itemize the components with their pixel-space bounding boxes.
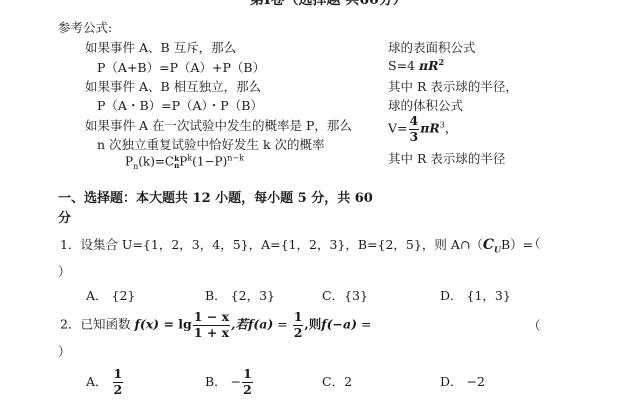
question-stem: 已知函数 [80,317,134,332]
q2-option-d[interactable]: D． −2 [440,376,485,389]
answer-paren-open: （ [528,238,541,251]
binomial-intro: 如果事件 A 在一次试验中发生的概率是 P，那么 [85,120,352,133]
radius-note-1: 其中 R 表示球的半径， [388,81,518,94]
sphere-volume-label: 球的体积公式 [388,100,463,113]
answer-paren-close: ） [58,346,71,359]
indep-intro: 如果事件 A、B 相互独立，那么 [85,81,261,94]
half-fraction: 12 [293,311,304,339]
section-heading: 一、选择题：本大题共 12 小题，每小题 5 分，共 60 [58,192,373,205]
q1-option-b[interactable]: B． {2，3} [205,290,275,303]
binomial-formula: Pn(k)=CknPk(1−P)n−k [125,155,244,169]
answer-paren-open: （ [528,320,541,333]
binomial-rest: (1−P) [192,155,227,169]
binomial-intro-2: n 次独立重复试验中恰好发生 k 次的概率 [97,139,325,152]
section-heading-cont: 分 [58,212,71,225]
question-number: 2． [60,317,80,332]
q2-option-b[interactable]: B． −12 [205,368,254,396]
question-stem: 设集合 U={1，2，3，4，5}，A={1，2，3}，B={2，5}，则 A∩… [80,237,482,252]
radius-note-2: 其中 R 表示球的半径 [388,153,505,166]
q2-option-a[interactable]: A． 12 [86,368,124,396]
mutex-formula: P（A+B）=P（A）+P（B） [97,62,265,75]
q1-option-c[interactable]: C．{3} [322,290,368,303]
sphere-area-label: 球的表面积公式 [388,42,476,55]
answer-paren-close: ） [58,266,71,279]
indep-formula: P（A・B）=P（A）・P（B） [97,100,263,113]
question-number: 1． [60,237,80,252]
binomial-arg: (k)=C [138,155,174,169]
reference-heading: 参考公式: [58,22,112,35]
function-fraction: 1 − x1 + x [193,311,230,339]
binomial-sup-nk: n−k [227,154,244,163]
mutex-intro: 如果事件 A、B 互斥，那么 [85,42,236,55]
volume-fraction: 43 [409,115,420,143]
q2-option-c[interactable]: C．2 [322,376,352,389]
q1-option-d[interactable]: D． {1，3} [440,290,511,303]
sphere-volume-formula: V=43πR3， [388,115,457,143]
question-2: 2．已知函数 f(x) = lg1 − x1 + x,若f(a) = 12,则f… [60,311,372,339]
question-1: 1．设集合 U={1，2，3，4，5}，A={1，2，3}，B={2，5}，则 … [60,238,533,252]
binomial-p: P [125,155,133,169]
page-title: 第Ⅰ卷（选择题 共60分） [250,0,407,7]
q1-option-a[interactable]: A． {2} [86,290,135,303]
sphere-area-formula: S=4 πR2 [388,60,444,73]
